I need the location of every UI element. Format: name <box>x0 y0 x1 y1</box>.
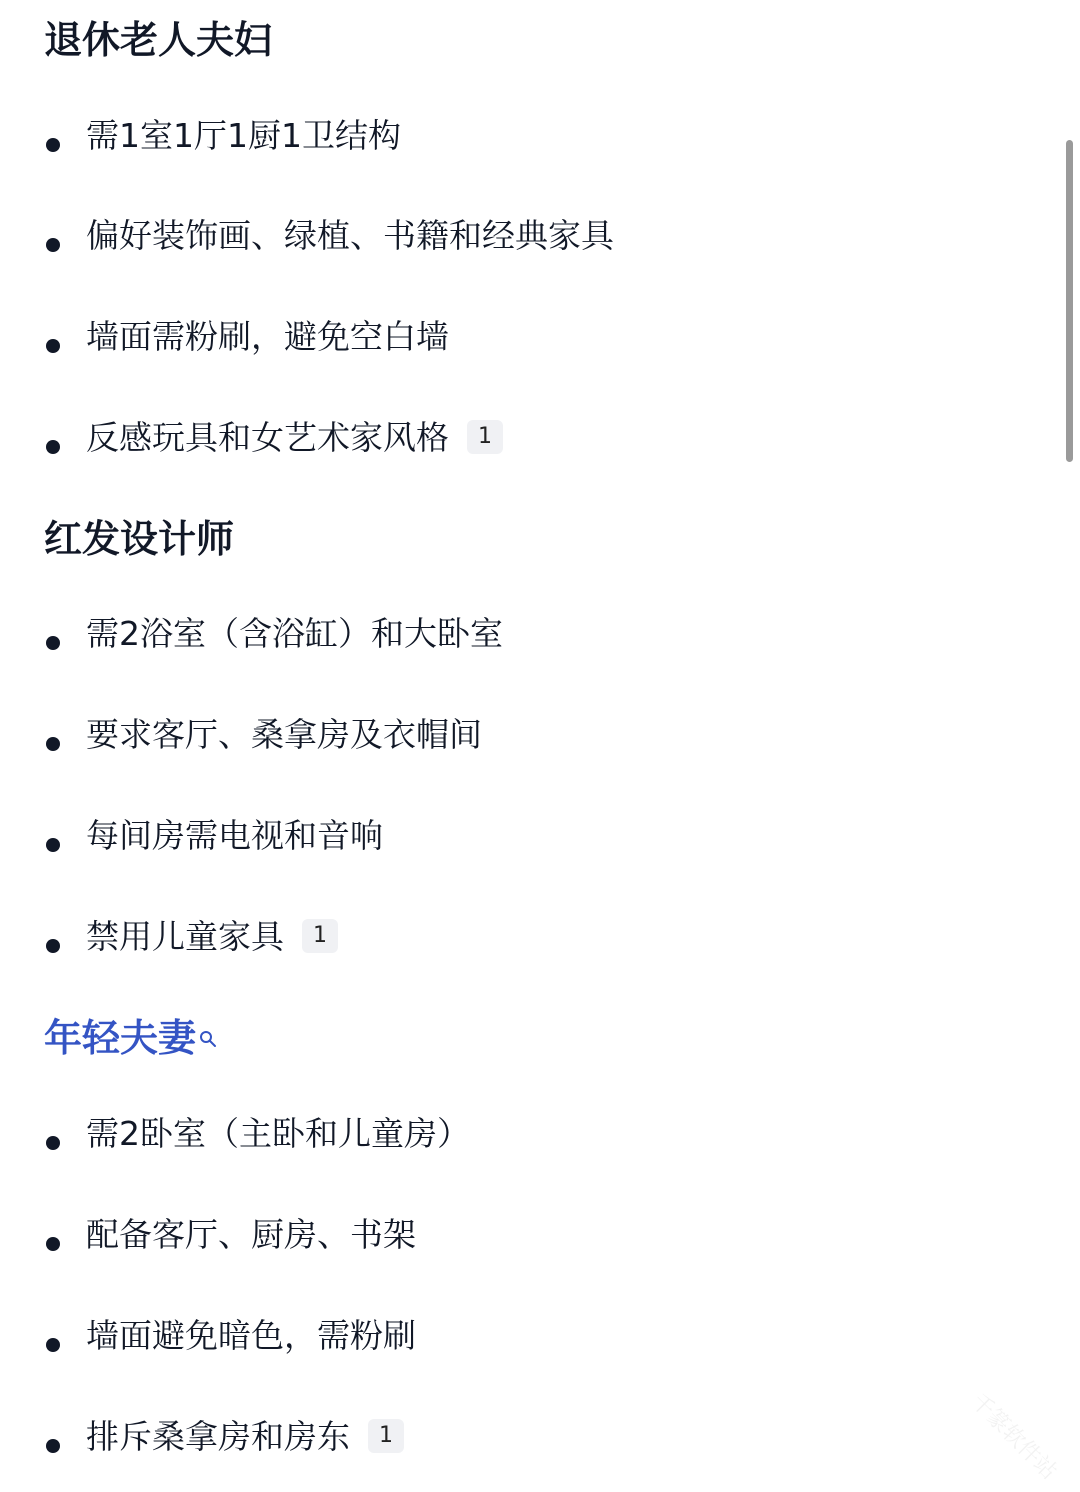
bullet-icon <box>46 1338 60 1352</box>
scrollbar[interactable] <box>1066 140 1073 462</box>
bullet-icon <box>46 737 60 751</box>
citation-badge[interactable]: 1 <box>302 919 338 953</box>
bullet-icon <box>46 838 60 852</box>
citation-badge[interactable]: 1 <box>467 420 503 454</box>
bullet-icon <box>46 138 60 152</box>
bullet-icon <box>46 636 60 650</box>
bullet-icon <box>46 1237 60 1251</box>
bullet-icon <box>46 238 60 252</box>
bullet-icon <box>46 339 60 353</box>
bullet-icon <box>46 939 60 953</box>
bullet-icon <box>46 440 60 454</box>
section-heading-link[interactable]: 年轻夫妻 <box>44 1018 218 1058</box>
section-heading: 退休老人夫妇 <box>44 20 272 60</box>
search-icon[interactable] <box>198 1016 218 1056</box>
bullet-icon <box>46 1136 60 1150</box>
section-heading: 红发设计师 <box>44 519 234 559</box>
watermark: 千篆软件站 <box>965 1386 1065 1486</box>
citation-badge[interactable]: 1 <box>368 1419 404 1453</box>
bullet-icon <box>46 1439 60 1453</box>
